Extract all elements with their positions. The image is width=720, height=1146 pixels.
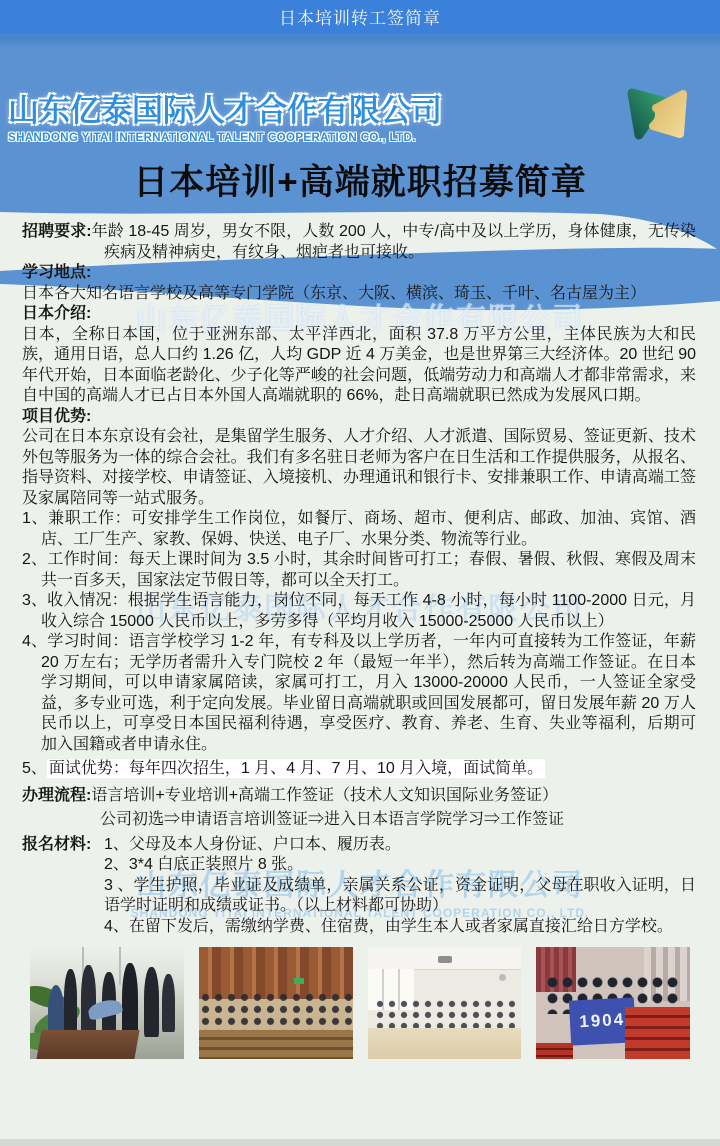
material-item-3: 3 、学生护照，毕业证及成绩单，亲属关系公证，资金证明，父母在职收入证明，日语学… (104, 876, 696, 917)
japan-intro-text: 日本，全称日本国，位于亚洲东部、太平洋西北，面积 37.8 万平方公里，主体民族… (22, 325, 696, 407)
process-line: 办理流程:语言培训+专业培训+高端工作签证（技术人文知识国际业务签证） (22, 786, 696, 807)
company-name-en: SHANDONG YITAI INTERNATIONAL TALENT COOP… (8, 132, 568, 144)
section-label-advantages: 项目优势: (22, 407, 696, 428)
material-item-2: 2、3*4 白底正装照片 8 张。 (104, 855, 696, 876)
company-logo: 山东亿泰国际人才合作有限公司 SHANDONG YITAI INTERNATIO… (8, 85, 568, 144)
material-item-1: 1、父母及本人身份证、户口本、履历表。 (104, 835, 696, 856)
photo-lecture-hall (199, 947, 353, 1059)
advantage-item-2: 2、工作时间：每天上课时间为 3.5 小时，其余时间皆可打工；春假、暑假、秋假、… (22, 550, 696, 591)
document-body: 招聘要求:年龄 18-45 周岁，男女不限，人数 200 人，中专/高中及以上学… (0, 214, 720, 1059)
photo-auditorium-flag: 1904 (536, 947, 690, 1059)
photo-classroom (368, 947, 522, 1059)
section-label-japan-intro: 日本介绍: (22, 304, 696, 325)
app-title-bar: 日本培训转工签简章 (0, 0, 720, 33)
study-location-text: 日本各大知名语言学校及高等专门学院（东京、大阪、横滨、琦玉、千叶、名古屋为主） (22, 284, 696, 305)
material-item-4: 4、在留下发后，需缴纳学费、住宿费，由学生本人或者家属直接汇给日方学校。 (104, 917, 696, 938)
header-banner: 山东亿泰国际人才合作有限公司 SHANDONG YITAI INTERNATIO… (0, 33, 720, 205)
advantage-item-3: 3、收入情况：根据学生语言能力，岗位不同，每天工作 4-8 小时，每小时 110… (22, 591, 696, 632)
photo-signing-scene (30, 947, 184, 1059)
materials-section: 报名材料: 1、父母及本人身份证、户口本、履历表。 2、3*4 白底正装照片 8… (22, 835, 696, 938)
app-title: 日本培训转工签简章 (279, 4, 441, 29)
section-label-recruit: 招聘要求: (22, 223, 92, 240)
process-text: 语言培训+专业培训+高端工作签证（技术人文知识国际业务签证） (91, 787, 558, 804)
company-name-cn: 山东亿泰国际人才合作有限公司 (8, 85, 568, 130)
recruit-requirements: 招聘要求:年龄 18-45 周岁，男女不限，人数 200 人，中专/高中及以上学… (22, 222, 696, 263)
highlight-text: 面试优势：每年四次招生，1 月、4 月、7 月、10 月入境，面试简单。 (47, 759, 545, 778)
process-flow: 公司初选⇒申请语言培训签证⇒进入日本语言学院学习⇒工作签证 (100, 810, 696, 831)
footer-bar (0, 1139, 720, 1146)
section-label-materials: 报名材料: (22, 835, 104, 938)
company-logo-mark-icon (616, 83, 700, 149)
advantage-item-4: 4、学习时间：语言学校学习 1-2 年，有专科及以上学历者，一年内可直接转为工作… (22, 632, 696, 755)
section-label-process: 办理流程: (22, 787, 91, 804)
recruit-text: 年龄 18-45 周岁，男女不限，人数 200 人，中专/高中及以上学历，身体健… (92, 223, 696, 261)
photo-strip: 1904 (30, 947, 690, 1059)
page-title: 日本培训+高端就职招募简章 (0, 155, 720, 205)
section-label-study-location: 学习地点: (22, 263, 696, 284)
advantage-item-1: 1、兼职工作：可安排学生工作岗位，如餐厅、商场、超市、便利店、邮政、加油、宾馆、… (22, 509, 696, 550)
advantages-intro: 公司在日本东京设有会社，是集留学生服务、人才介绍、人才派遣、国际贸易、签证更新、… (22, 427, 696, 509)
materials-list: 1、父母及本人身份证、户口本、履历表。 2、3*4 白底正装照片 8 张。 3 … (104, 835, 696, 938)
advantage-item-5: 5、面试优势：每年四次招生，1 月、4 月、7 月、10 月入境，面试简单。 (22, 759, 696, 780)
